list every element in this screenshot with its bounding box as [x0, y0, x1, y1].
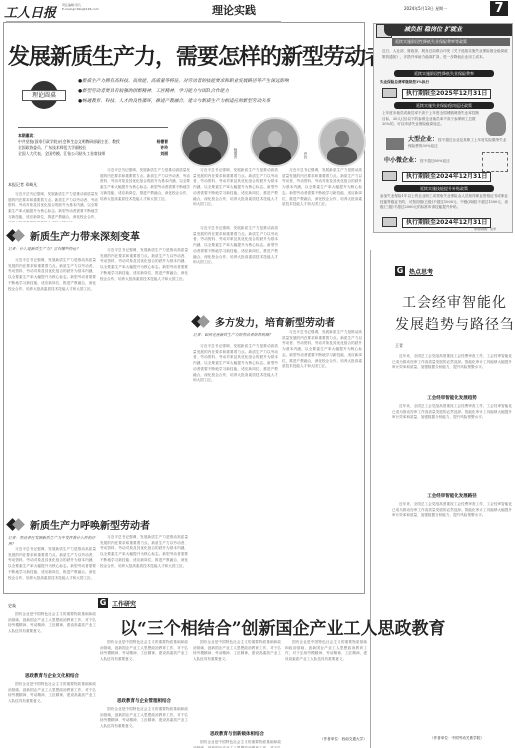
subhead-3: 新质生产力呼唤新型劳动者	[8, 517, 150, 532]
diamond-icon	[8, 518, 22, 532]
issue-date: 2024年5月13日 星期一	[404, 6, 447, 12]
official-figure-icon	[486, 112, 506, 136]
byline: 本报记者 邓崎凡	[8, 182, 37, 188]
guest-photo-2	[250, 117, 300, 167]
theory-roundtable-badge: 理论圆桌	[22, 73, 66, 117]
column-label-work: G工作研究	[98, 598, 136, 608]
hot-headline-1: 工会经审智能化	[402, 292, 507, 312]
subhead-1: 新质生产力带来深刻变革	[8, 228, 140, 243]
newspaper-logo: 工人日报	[4, 2, 56, 21]
section-title: 理论实践	[212, 2, 256, 18]
guest-photo-3	[318, 117, 366, 167]
g-logo-icon: G	[395, 266, 405, 276]
feature-headline: 发展新质生产力，需要怎样的新型劳动者？	[8, 40, 407, 71]
page-number: 7	[490, 1, 508, 16]
small-business-icon	[482, 152, 508, 172]
hot-headline-2: 发展趋势与路径刍议	[395, 314, 515, 334]
editor-info: 责任编辑:吴凡 E-mail:grrbllsj@126.com	[62, 3, 99, 11]
key-points: ●新质生产力拥有高科技、高效能、高质量等特征，对劳动者的技能要求和职业发展路径等…	[78, 77, 289, 107]
diamond-icon	[8, 229, 22, 243]
calendar-icon	[382, 217, 397, 227]
divider	[6, 21, 281, 23]
column-label-hot: G热点思考	[395, 266, 433, 276]
guest-row: 全国人大代表、全国劳模、江钻公司钻头工首席技师刘丽	[18, 151, 168, 157]
diamond-icon	[193, 315, 207, 329]
guest-photo-1	[180, 117, 230, 167]
g-logo-icon: G	[98, 598, 108, 608]
calendar-icon	[382, 88, 397, 98]
subhead-2: 多方发力，培育新型劳动者	[193, 314, 335, 329]
calendar-icon	[382, 171, 397, 181]
building-icon	[386, 138, 404, 150]
work-headline: 以“三个相结合”创新国企产业工人思政教育	[120, 614, 446, 639]
guest-list: 本期嘉宾： 中共党校(国家行政学院)社会和生态文明教研部副主任、教授杨德晋 全国…	[18, 127, 168, 157]
page-header: 工人日报 责任编辑:吴凡 E-mail:grrbllsj@126.com 理论实…	[0, 0, 515, 18]
policy-infographic: 减负担 稳岗位 扩就业 延续实施阶段性降低失业保险费率等政策 近日，人社部、财政…	[373, 23, 513, 233]
